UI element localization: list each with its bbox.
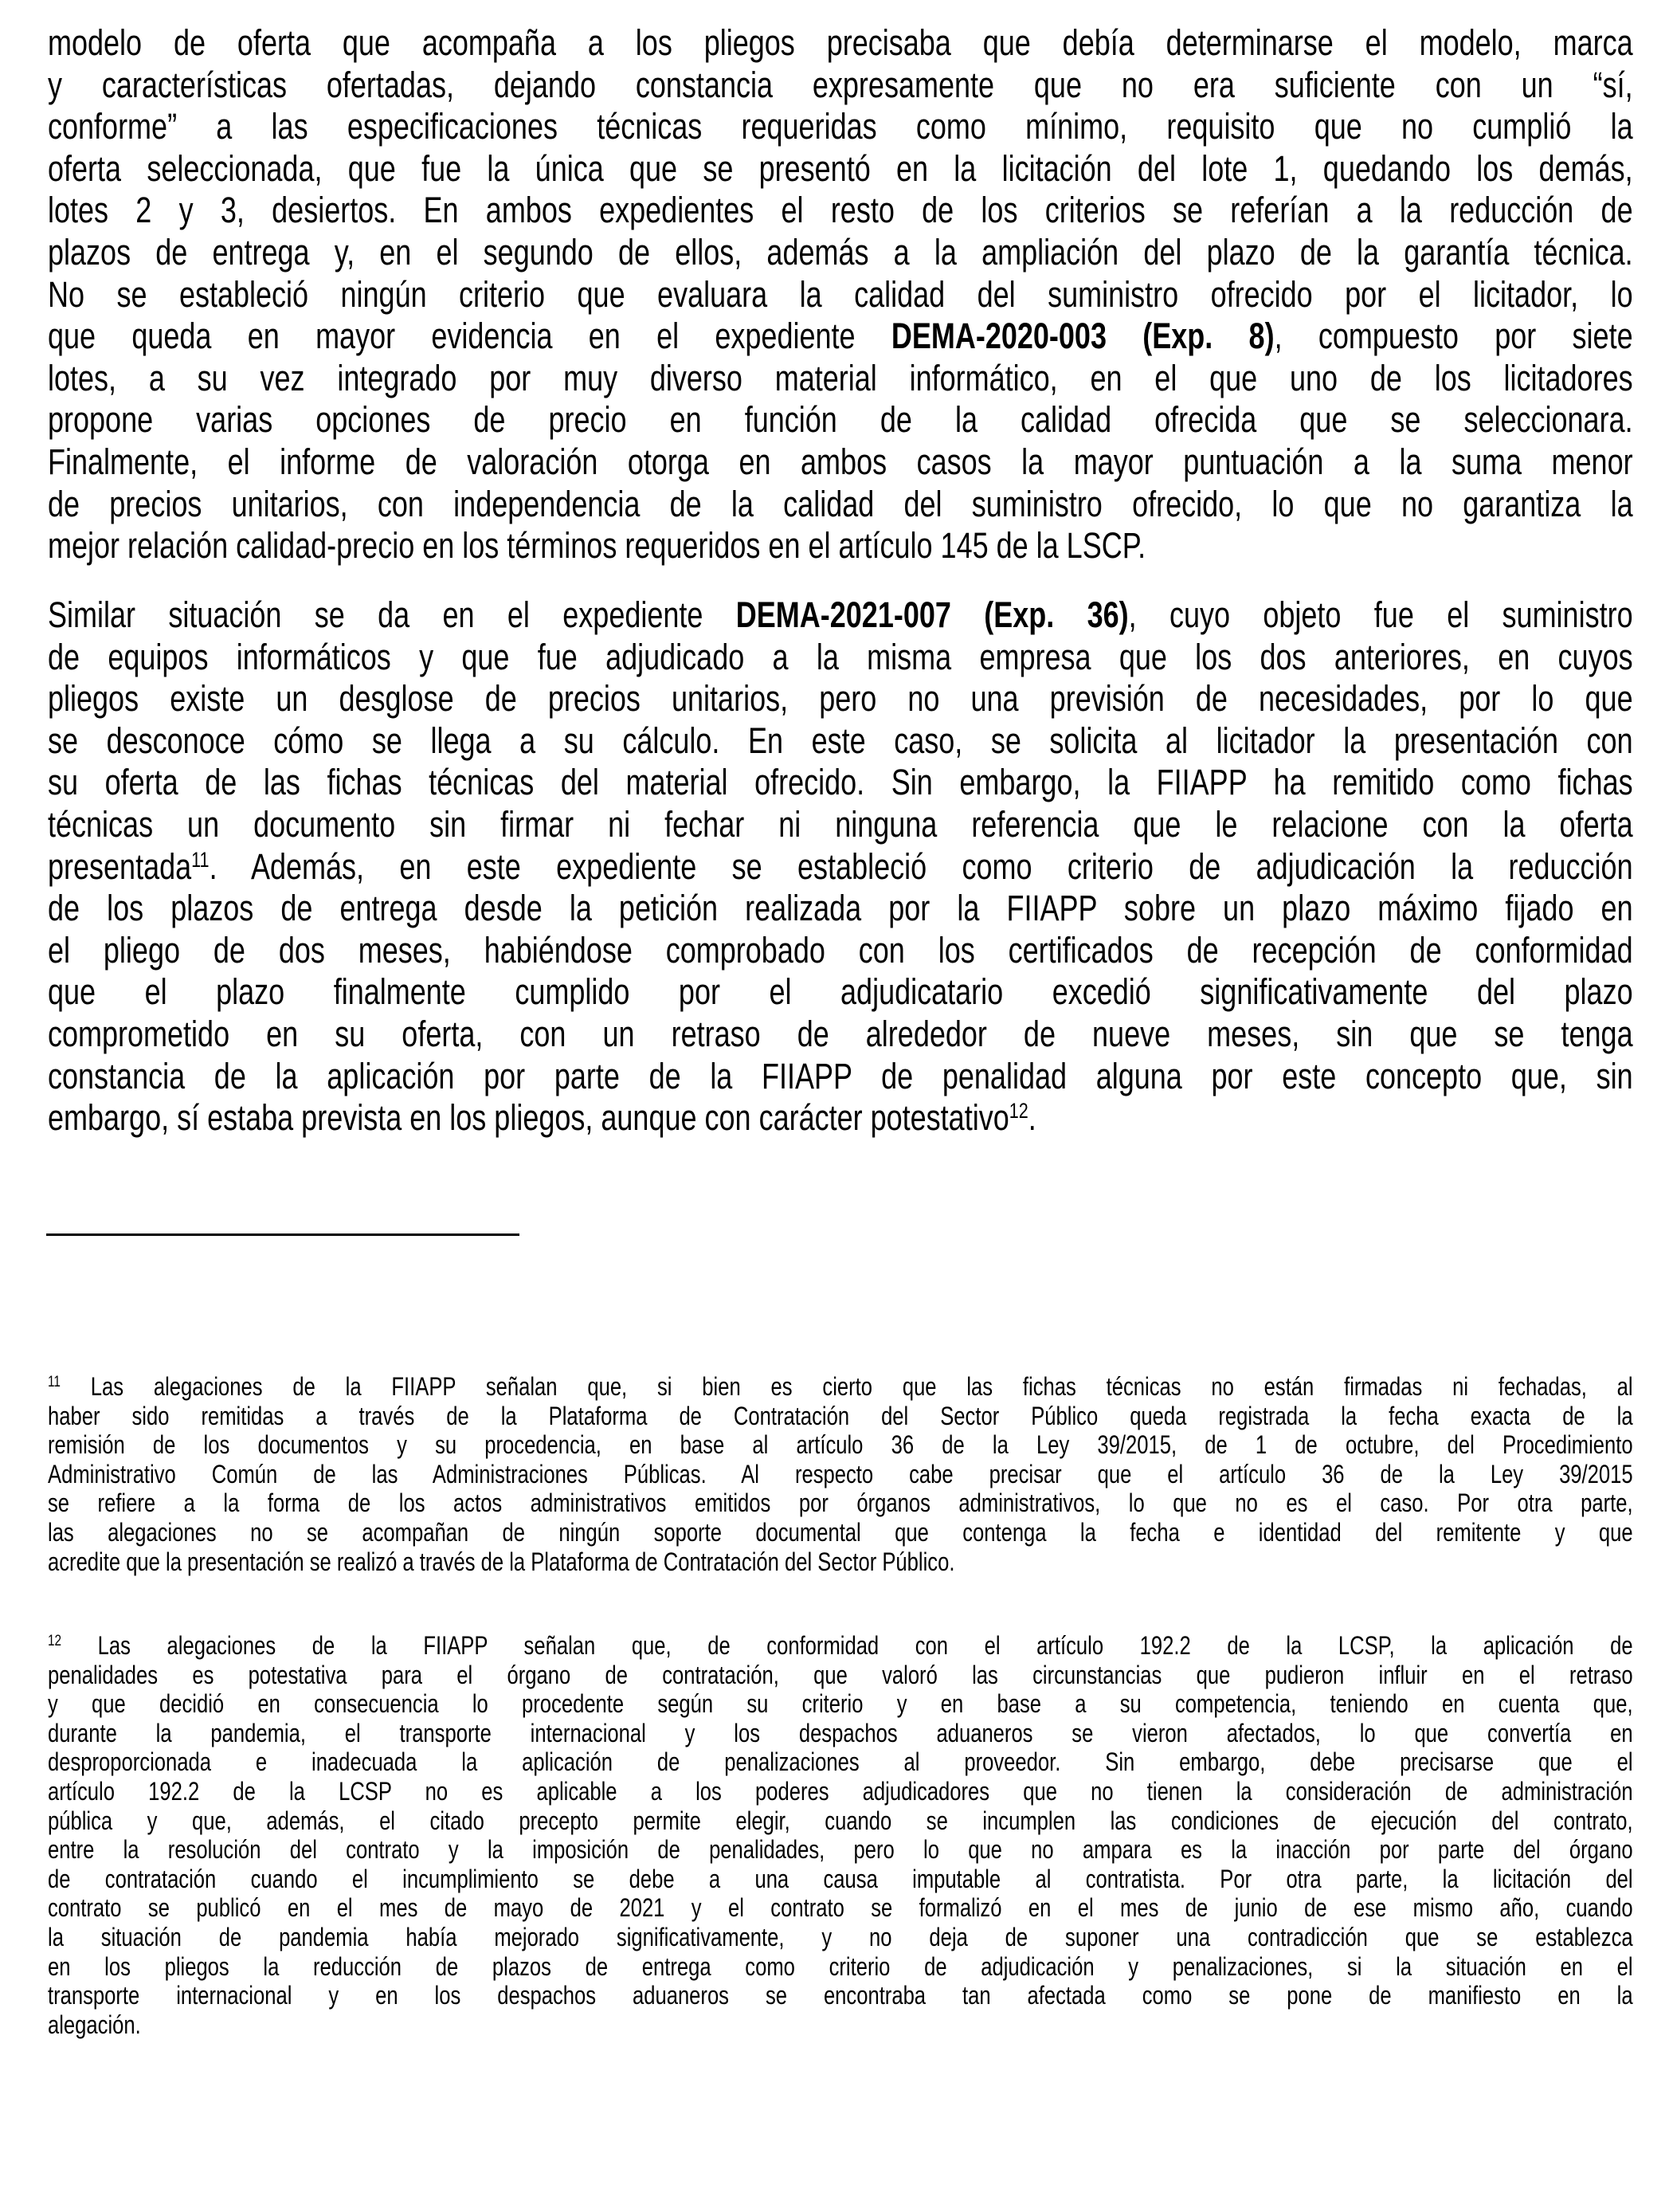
line-text: 12 Las alegaciones de la FIIAPP señalan …	[48, 1631, 1633, 1660]
body-paragraph-1: modelo de oferta que acompaña a los plie…	[48, 22, 1633, 567]
paragraph-line: de los plazos de entrega desde la petici…	[48, 888, 1633, 930]
body-paragraph-2: Similar situación se da en el expediente…	[48, 594, 1633, 1139]
text-run: de equipos informáticos y que fue adjudi…	[48, 637, 1633, 677]
text-run: de precios unitarios, con independencia …	[48, 484, 1633, 524]
line-text: plazos de entrega y, en el segundo de el…	[48, 232, 1633, 273]
footnote-line: desproporcionada e inadecuada la aplicac…	[48, 1747, 1633, 1777]
text-run: Las alegaciones de la FIIAPP señalan que…	[91, 1372, 1633, 1401]
paragraph-line: y características ofertadas, dejando con…	[48, 65, 1633, 107]
paragraph-line: de equipos informáticos y que fue adjudi…	[48, 637, 1633, 679]
line-text: su oferta de las fichas técnicas del mat…	[48, 762, 1633, 802]
text-run: presentada	[48, 846, 191, 887]
text-run: la situación de pandemia había mejorado …	[48, 1923, 1633, 1951]
text-run: mejor relación calidad-precio en los tér…	[48, 525, 1146, 566]
line-text: de precios unitarios, con independencia …	[48, 484, 1633, 524]
footnote-line: pública y que, además, el citado precept…	[48, 1806, 1633, 1836]
text-run: pública y que, además, el citado precept…	[48, 1806, 1633, 1835]
text-run: lotes 2 y 3, desiertos. En ambos expedie…	[48, 190, 1633, 230]
text-run: entre la resolución del contrato y la im…	[48, 1835, 1633, 1864]
line-text: conforme” a las especificaciones técnica…	[48, 106, 1633, 147]
line-text: haber sido remitidas a través de la Plat…	[48, 1402, 1633, 1430]
text-run: su oferta de las fichas técnicas del mat…	[48, 762, 1633, 802]
footnote-line: contrato se publicó en el mes de mayo de…	[48, 1893, 1633, 1923]
paragraph-line: oferta seleccionada, que fue la única qu…	[48, 148, 1633, 190]
paragraph-line: Similar situación se da en el expediente…	[48, 594, 1633, 637]
footnote-line: se refiere a la forma de los actos admin…	[48, 1488, 1633, 1518]
footnote-line: la situación de pandemia había mejorado …	[48, 1923, 1633, 1952]
line-text: contrato se publicó en el mes de mayo de…	[48, 1893, 1633, 1922]
text-run: , compuesto por siete	[1275, 316, 1633, 356]
line-text: de equipos informáticos y que fue adjudi…	[48, 637, 1633, 677]
text-run: .	[1028, 1097, 1036, 1138]
text-run: . Además, en este expediente se establec…	[210, 846, 1633, 887]
text-run: Finalmente, el informe de valoración oto…	[48, 441, 1633, 482]
text-run: artículo 192.2 de la LCSP no es aplicabl…	[48, 1777, 1633, 1806]
footnote-line: y que decidió en consecuencia lo procede…	[48, 1689, 1633, 1719]
paragraph-line: propone varias opciones de precio en fun…	[48, 399, 1633, 441]
line-text: No se estableció ningún criterio que eva…	[48, 274, 1633, 315]
paragraph-line: que queda en mayor evidencia en el exped…	[48, 316, 1633, 358]
file-reference: DEMA-2021-007 (Exp. 36)	[736, 594, 1129, 635]
line-text: mejor relación calidad-precio en los tér…	[48, 525, 1146, 566]
text-run: , cuyo objeto fue el suministro	[1129, 594, 1633, 635]
line-text: en los pliegos la reducción de plazos de…	[48, 1952, 1633, 1981]
text-run: modelo de oferta que acompaña a los plie…	[48, 22, 1633, 63]
line-text: comprometido en su oferta, con un retras…	[48, 1014, 1633, 1054]
line-text: Similar situación se da en el expediente…	[48, 594, 1633, 635]
line-text: embargo, sí estaba prevista en los plieg…	[48, 1097, 1036, 1138]
text-run: alegación.	[48, 2010, 141, 2039]
text-run: lotes, a su vez integrado por muy divers…	[48, 358, 1633, 398]
line-text: pliegos existe un desglose de precios un…	[48, 678, 1633, 719]
line-text: se refiere a la forma de los actos admin…	[48, 1488, 1633, 1517]
footnote-line: Administrativo Común de las Administraci…	[48, 1460, 1633, 1489]
line-text: el pliego de dos meses, habiéndose compr…	[48, 930, 1633, 971]
line-text: acredite que la presentación se realizó …	[48, 1547, 954, 1576]
line-text: y características ofertadas, dejando con…	[48, 65, 1633, 105]
text-run: conforme” a las especificaciones técnica…	[48, 106, 1633, 147]
text-run: propone varias opciones de precio en fun…	[48, 399, 1633, 440]
footnote-line: artículo 192.2 de la LCSP no es aplicabl…	[48, 1777, 1633, 1806]
text-run: pliegos existe un desglose de precios un…	[48, 678, 1633, 719]
text-run: transporte internacional y en los despac…	[48, 1981, 1633, 2010]
text-run: penalidades es potestativa para el órgan…	[48, 1661, 1633, 1689]
paragraph-line: pliegos existe un desglose de precios un…	[48, 678, 1633, 720]
text-run: oferta seleccionada, que fue la única qu…	[48, 148, 1633, 189]
footnote-12: 12 Las alegaciones de la FIIAPP señalan …	[48, 1631, 1633, 2039]
paragraph-line: presentada11. Además, en este expediente…	[48, 846, 1633, 888]
paragraph-line: Finalmente, el informe de valoración oto…	[48, 441, 1633, 484]
line-text: oferta seleccionada, que fue la única qu…	[48, 148, 1633, 189]
text-run: el pliego de dos meses, habiéndose compr…	[48, 930, 1633, 971]
line-text: la situación de pandemia había mejorado …	[48, 1923, 1633, 1951]
line-text: propone varias opciones de precio en fun…	[48, 399, 1633, 440]
line-text: que queda en mayor evidencia en el exped…	[48, 316, 1633, 356]
line-text: desproporcionada e inadecuada la aplicac…	[48, 1747, 1633, 1776]
line-text: lotes, a su vez integrado por muy divers…	[48, 358, 1633, 398]
line-text: presentada11. Además, en este expediente…	[48, 846, 1633, 887]
line-text: 11 Las alegaciones de la FIIAPP señalan …	[48, 1372, 1633, 1401]
line-text: entre la resolución del contrato y la im…	[48, 1835, 1633, 1864]
footnote-line: 12 Las alegaciones de la FIIAPP señalan …	[48, 1631, 1633, 1661]
text-run: haber sido remitidas a través de la Plat…	[48, 1402, 1633, 1430]
footnote-11: 11 Las alegaciones de la FIIAPP señalan …	[48, 1372, 1633, 1576]
footnote-line: en los pliegos la reducción de plazos de…	[48, 1952, 1633, 1982]
paragraph-line: el pliego de dos meses, habiéndose compr…	[48, 930, 1633, 972]
paragraph-line: modelo de oferta que acompaña a los plie…	[48, 22, 1633, 65]
paragraph-line: se desconoce cómo se llega a su cálculo.…	[48, 720, 1633, 763]
line-text: constancia de la aplicación por parte de…	[48, 1056, 1633, 1096]
line-text: Finalmente, el informe de valoración oto…	[48, 441, 1633, 482]
paragraph-line: No se estableció ningún criterio que eva…	[48, 274, 1633, 316]
footnote-line: transporte internacional y en los despac…	[48, 1981, 1633, 2010]
line-text: que el plazo finalmente cumplido por el …	[48, 971, 1633, 1012]
text-run: y que decidió en consecuencia lo procede…	[48, 1689, 1633, 1718]
text-run: se desconoce cómo se llega a su cálculo.…	[48, 720, 1633, 761]
line-text: remisión de los documentos y su proceden…	[48, 1430, 1633, 1459]
line-text: se desconoce cómo se llega a su cálculo.…	[48, 720, 1633, 761]
footnote-line: remisión de los documentos y su proceden…	[48, 1430, 1633, 1460]
text-run: remisión de los documentos y su proceden…	[48, 1430, 1633, 1459]
text-run: embargo, sí estaba prevista en los plieg…	[48, 1097, 1009, 1138]
text-run: contrato se publicó en el mes de mayo de…	[48, 1893, 1633, 1922]
text-run: plazos de entrega y, en el segundo de el…	[48, 232, 1633, 273]
line-text: de los plazos de entrega desde la petici…	[48, 888, 1633, 928]
text-run: Similar situación se da en el expediente	[48, 594, 736, 635]
line-text: alegación.	[48, 2010, 141, 2039]
text-run: que el plazo finalmente cumplido por el …	[48, 971, 1633, 1012]
paragraph-line: embargo, sí estaba prevista en los plieg…	[48, 1097, 1633, 1139]
footnote-line: de contratación cuando el incumplimiento…	[48, 1865, 1633, 1894]
text-run: Administrativo Común de las Administraci…	[48, 1460, 1633, 1488]
paragraph-line: lotes, a su vez integrado por muy divers…	[48, 358, 1633, 400]
text-run: de contratación cuando el incumplimiento…	[48, 1865, 1633, 1893]
line-text: lotes 2 y 3, desiertos. En ambos expedie…	[48, 190, 1633, 230]
footnote-separator	[46, 1233, 519, 1236]
text-run: las alegaciones no se acompañan de ningú…	[48, 1518, 1633, 1547]
footnote-line: penalidades es potestativa para el órgan…	[48, 1661, 1633, 1690]
line-text: pública y que, además, el citado precept…	[48, 1806, 1633, 1835]
footnote-line: haber sido remitidas a través de la Plat…	[48, 1402, 1633, 1431]
text-run: acredite que la presentación se realizó …	[48, 1547, 954, 1576]
footnote-line: entre la resolución del contrato y la im…	[48, 1835, 1633, 1865]
paragraph-line: mejor relación calidad-precio en los tér…	[48, 525, 1633, 567]
footnote-line: alegación.	[48, 2010, 1633, 2040]
paragraph-line: que el plazo finalmente cumplido por el …	[48, 971, 1633, 1014]
line-text: de contratación cuando el incumplimiento…	[48, 1865, 1633, 1893]
text-run: en los pliegos la reducción de plazos de…	[48, 1952, 1633, 1981]
text-run: que queda en mayor evidencia en el exped…	[48, 316, 891, 356]
text-run: durante la pandemia, el transporte inter…	[48, 1719, 1633, 1747]
line-text: transporte internacional y en los despac…	[48, 1981, 1633, 2010]
line-text: técnicas un documento sin firmar ni fech…	[48, 804, 1633, 845]
text-run: se refiere a la forma de los actos admin…	[48, 1488, 1633, 1517]
text-run: Las alegaciones de la FIIAPP señalan que…	[98, 1631, 1633, 1660]
text-run: técnicas un documento sin firmar ni fech…	[48, 804, 1633, 845]
text-run: comprometido en su oferta, con un retras…	[48, 1014, 1633, 1054]
line-text: y que decidió en consecuencia lo procede…	[48, 1689, 1633, 1718]
line-text: modelo de oferta que acompaña a los plie…	[48, 22, 1633, 63]
line-text: penalidades es potestativa para el órgan…	[48, 1661, 1633, 1689]
paragraph-line: técnicas un documento sin firmar ni fech…	[48, 804, 1633, 846]
paragraph-line: constancia de la aplicación por parte de…	[48, 1056, 1633, 1098]
footnote-line: acredite que la presentación se realizó …	[48, 1547, 1633, 1577]
footnote-number: 12	[48, 1633, 61, 1649]
line-text: artículo 192.2 de la LCSP no es aplicabl…	[48, 1777, 1633, 1806]
footnote-line: las alegaciones no se acompañan de ningú…	[48, 1518, 1633, 1547]
text-run: No se estableció ningún criterio que eva…	[48, 274, 1633, 315]
line-text: Administrativo Común de las Administraci…	[48, 1460, 1633, 1488]
file-reference: DEMA-2020-003 (Exp. 8)	[891, 316, 1275, 356]
paragraph-line: comprometido en su oferta, con un retras…	[48, 1014, 1633, 1056]
paragraph-line: plazos de entrega y, en el segundo de el…	[48, 232, 1633, 274]
text-run: constancia de la aplicación por parte de…	[48, 1056, 1633, 1096]
paragraph-line: lotes 2 y 3, desiertos. En ambos expedie…	[48, 190, 1633, 232]
footnote-reference: 11	[191, 848, 209, 872]
document-page: modelo de oferta que acompaña a los plie…	[0, 0, 1669, 2212]
footnote-line: 11 Las alegaciones de la FIIAPP señalan …	[48, 1372, 1633, 1402]
paragraph-line: conforme” a las especificaciones técnica…	[48, 106, 1633, 148]
footnote-line: durante la pandemia, el transporte inter…	[48, 1719, 1633, 1748]
footnote-reference: 12	[1009, 1099, 1028, 1123]
line-text: las alegaciones no se acompañan de ningú…	[48, 1518, 1633, 1547]
paragraph-line: su oferta de las fichas técnicas del mat…	[48, 762, 1633, 804]
text-run: desproporcionada e inadecuada la aplicac…	[48, 1747, 1633, 1776]
text-run: y características ofertadas, dejando con…	[48, 65, 1633, 105]
footnote-number: 11	[48, 1374, 61, 1390]
text-run: de los plazos de entrega desde la petici…	[48, 888, 1633, 928]
line-text: durante la pandemia, el transporte inter…	[48, 1719, 1633, 1747]
paragraph-line: de precios unitarios, con independencia …	[48, 484, 1633, 526]
